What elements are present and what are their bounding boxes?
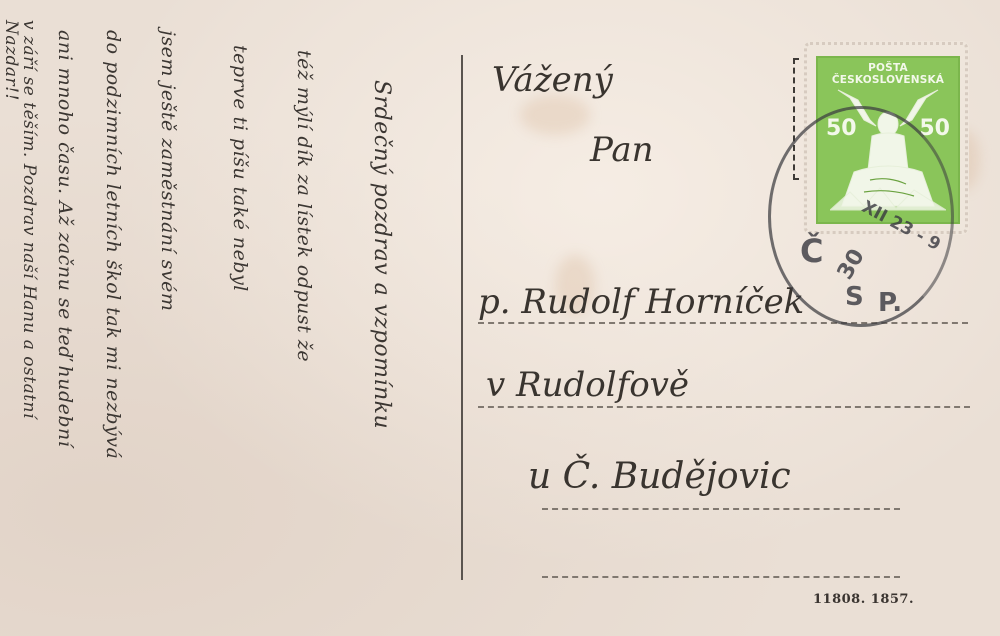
- message-line-6: ani mnoho času. Až začnu se teď hudební: [55, 30, 74, 447]
- message-line-1: Srdečný pozdrav a vzpomínku: [370, 80, 392, 429]
- title-pan: Pan: [590, 130, 654, 170]
- address-line-1: [478, 322, 968, 324]
- address-line-4: [542, 576, 900, 578]
- postcard-back: Srdečný pozdrav a vzpomínku též mýlí dík…: [0, 0, 1000, 636]
- recipient-name: p. Rudolf Horníček: [478, 282, 804, 322]
- message-line-5: do podzimních letních škol tak mi nezbýv…: [103, 30, 122, 459]
- message-line-2: též mýlí dík za lístek odpust že: [294, 50, 313, 362]
- postmark-fragment-3: S: [845, 282, 864, 312]
- postmark-fragment-4: P.: [878, 288, 902, 318]
- print-code: 11808. 1857.: [813, 592, 914, 607]
- message-line-3: teprve ti píšu také nebyl: [230, 45, 249, 292]
- paper-stain: [520, 95, 590, 135]
- center-divider: [461, 55, 463, 580]
- message-line-7: v září se těším. Pozdrav naší Hanu a ost…: [20, 20, 37, 419]
- message-line-4: jsem ještě zaměstnání svém: [158, 30, 177, 311]
- address-line-2: [478, 406, 970, 408]
- recipient-region: u Č. Budějovic: [528, 456, 791, 497]
- message-line-8: Nazdar!!: [2, 20, 19, 101]
- postmark-fragment-1: Č: [800, 232, 823, 270]
- salutation: Vážený: [492, 60, 613, 100]
- recipient-town: v Rudolfově: [486, 365, 689, 405]
- address-line-3: [542, 508, 900, 510]
